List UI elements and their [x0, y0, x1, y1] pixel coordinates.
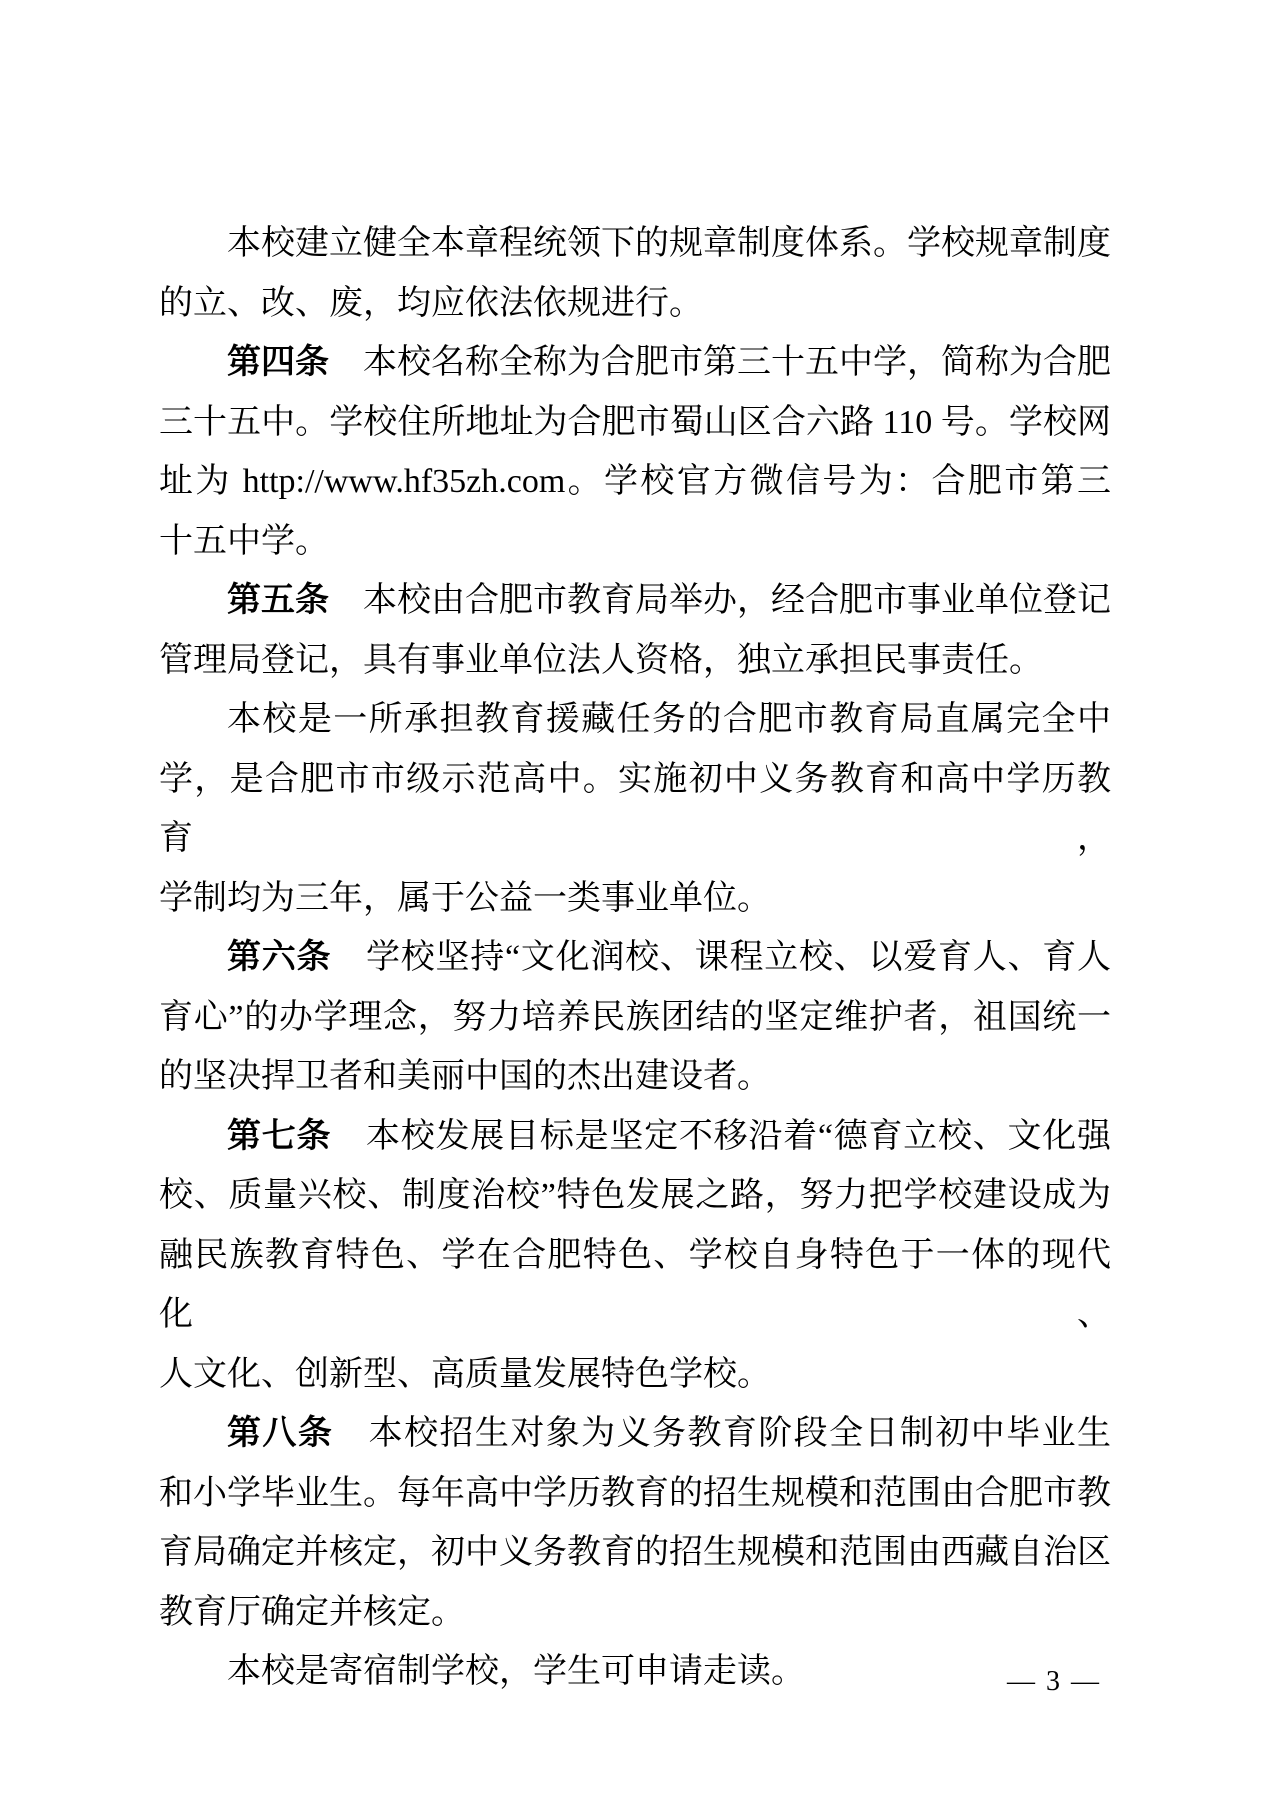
text-line: 融民族教育特色、学在合肥特色、学校自身特色于一体的现代化、: [159, 1226, 1111, 1345]
article-number: 第八条: [227, 1414, 333, 1452]
text-line: 育局确定并核定，初中义务教育的招生规模和范围由西藏自治区: [159, 1523, 1111, 1583]
text-run: 三十五中。学校住所地址为合肥市蜀山区合六路 110 号。学校网: [159, 404, 1111, 441]
text-line: 的立、改、废，均应依法依规进行。: [159, 274, 1111, 334]
text-line: 管理局登记，具有事业单位法人资格，独立承担民事责任。: [159, 631, 1111, 691]
text-line: 址为 http://www.hf35zh.com。学校官方微信号为：合肥市第三: [159, 452, 1111, 512]
document-body: 本校建立健全本章程统领下的规章制度体系。学校规章制度的立、改、废，均应依法依规进…: [159, 214, 1111, 1702]
text-line: 和小学毕业生。每年高中学历教育的招生规模和范围由合肥市教: [159, 1464, 1111, 1524]
text-run: 十五中学。: [159, 523, 329, 560]
text-run: 管理局登记，具有事业单位法人资格，独立承担民事责任。: [159, 642, 1043, 679]
text-run: 本校由合肥市教育局举办，经合肥市事业单位登记: [329, 582, 1111, 619]
text-run: 学校坚持“文化润校、课程立校、以爱育人、育人: [331, 939, 1111, 976]
text-run: 学，是合肥市市级示范高中。实施初中义务教育和高中学历教育，: [159, 761, 1111, 858]
text-line: 学，是合肥市市级示范高中。实施初中义务教育和高中学历教育，: [159, 750, 1111, 869]
text-run: 校、质量兴校、制度治校”特色发展之路，努力把学校建设成为: [159, 1177, 1111, 1214]
text-line: 本校建立健全本章程统领下的规章制度体系。学校规章制度: [159, 214, 1111, 274]
page-footer: — 3 —: [159, 1664, 1101, 1700]
text-run: 本校建立健全本章程统领下的规章制度体系。学校规章制度: [227, 225, 1111, 262]
text-run: 育局确定并核定，初中义务教育的招生规模和范围由西藏自治区: [159, 1534, 1111, 1571]
text-run: 育心”的办学理念，努力培养民族团结的坚定维护者，祖国统一: [159, 999, 1111, 1036]
page-number: — 3 —: [1007, 1666, 1101, 1697]
text-run: 本校是一所承担教育援藏任务的合肥市教育局直属完全中: [227, 701, 1111, 738]
article-number: 第四条: [227, 343, 329, 381]
text-run: 本校名称全称为合肥市第三十五中学，简称为合肥: [329, 344, 1111, 381]
document-page: 本校建立健全本章程统领下的规章制度体系。学校规章制度的立、改、废，均应依法依规进…: [0, 0, 1269, 1794]
text-line: 第七条 本校发展目标是坚定不移沿着“德育立校、文化强: [159, 1107, 1111, 1167]
text-run: 的坚决捍卫者和美丽中国的杰出建设者。: [159, 1058, 771, 1095]
text-line: 十五中学。: [159, 512, 1111, 572]
text-run: 本校招生对象为义务教育阶段全日制初中毕业生: [333, 1415, 1111, 1452]
text-line: 三十五中。学校住所地址为合肥市蜀山区合六路 110 号。学校网: [159, 393, 1111, 453]
text-line: 人文化、创新型、高质量发展特色学校。: [159, 1345, 1111, 1405]
text-line: 学制均为三年，属于公益一类事业单位。: [159, 869, 1111, 929]
text-line: 第六条 学校坚持“文化润校、课程立校、以爱育人、育人: [159, 928, 1111, 988]
text-run: 融民族教育特色、学在合肥特色、学校自身特色于一体的现代化、: [159, 1237, 1111, 1334]
text-line: 本校是一所承担教育援藏任务的合肥市教育局直属完全中: [159, 690, 1111, 750]
text-run: 和小学毕业生。每年高中学历教育的招生规模和范围由合肥市教: [159, 1475, 1111, 1512]
article-number: 第五条: [227, 581, 329, 619]
text-run: 本校发展目标是坚定不移沿着“德育立校、文化强: [331, 1118, 1111, 1155]
text-line: 的坚决捍卫者和美丽中国的杰出建设者。: [159, 1047, 1111, 1107]
text-line: 第五条 本校由合肥市教育局举办，经合肥市事业单位登记: [159, 571, 1111, 631]
text-line: 第八条 本校招生对象为义务教育阶段全日制初中毕业生: [159, 1404, 1111, 1464]
article-number: 第六条: [227, 938, 331, 976]
text-line: 育心”的办学理念，努力培养民族团结的坚定维护者，祖国统一: [159, 988, 1111, 1048]
text-line: 第四条 本校名称全称为合肥市第三十五中学，简称为合肥: [159, 333, 1111, 393]
text-run: 址为 http://www.hf35zh.com。学校官方微信号为：合肥市第三: [159, 463, 1111, 500]
text-run: 的立、改、废，均应依法依规进行。: [159, 285, 703, 322]
text-line: 教育厅确定并核定。: [159, 1583, 1111, 1643]
text-run: 学制均为三年，属于公益一类事业单位。: [159, 880, 771, 917]
text-run: 教育厅确定并核定。: [159, 1594, 465, 1631]
article-number: 第七条: [227, 1117, 331, 1155]
text-run: 人文化、创新型、高质量发展特色学校。: [159, 1356, 771, 1393]
text-line: 校、质量兴校、制度治校”特色发展之路，努力把学校建设成为: [159, 1166, 1111, 1226]
